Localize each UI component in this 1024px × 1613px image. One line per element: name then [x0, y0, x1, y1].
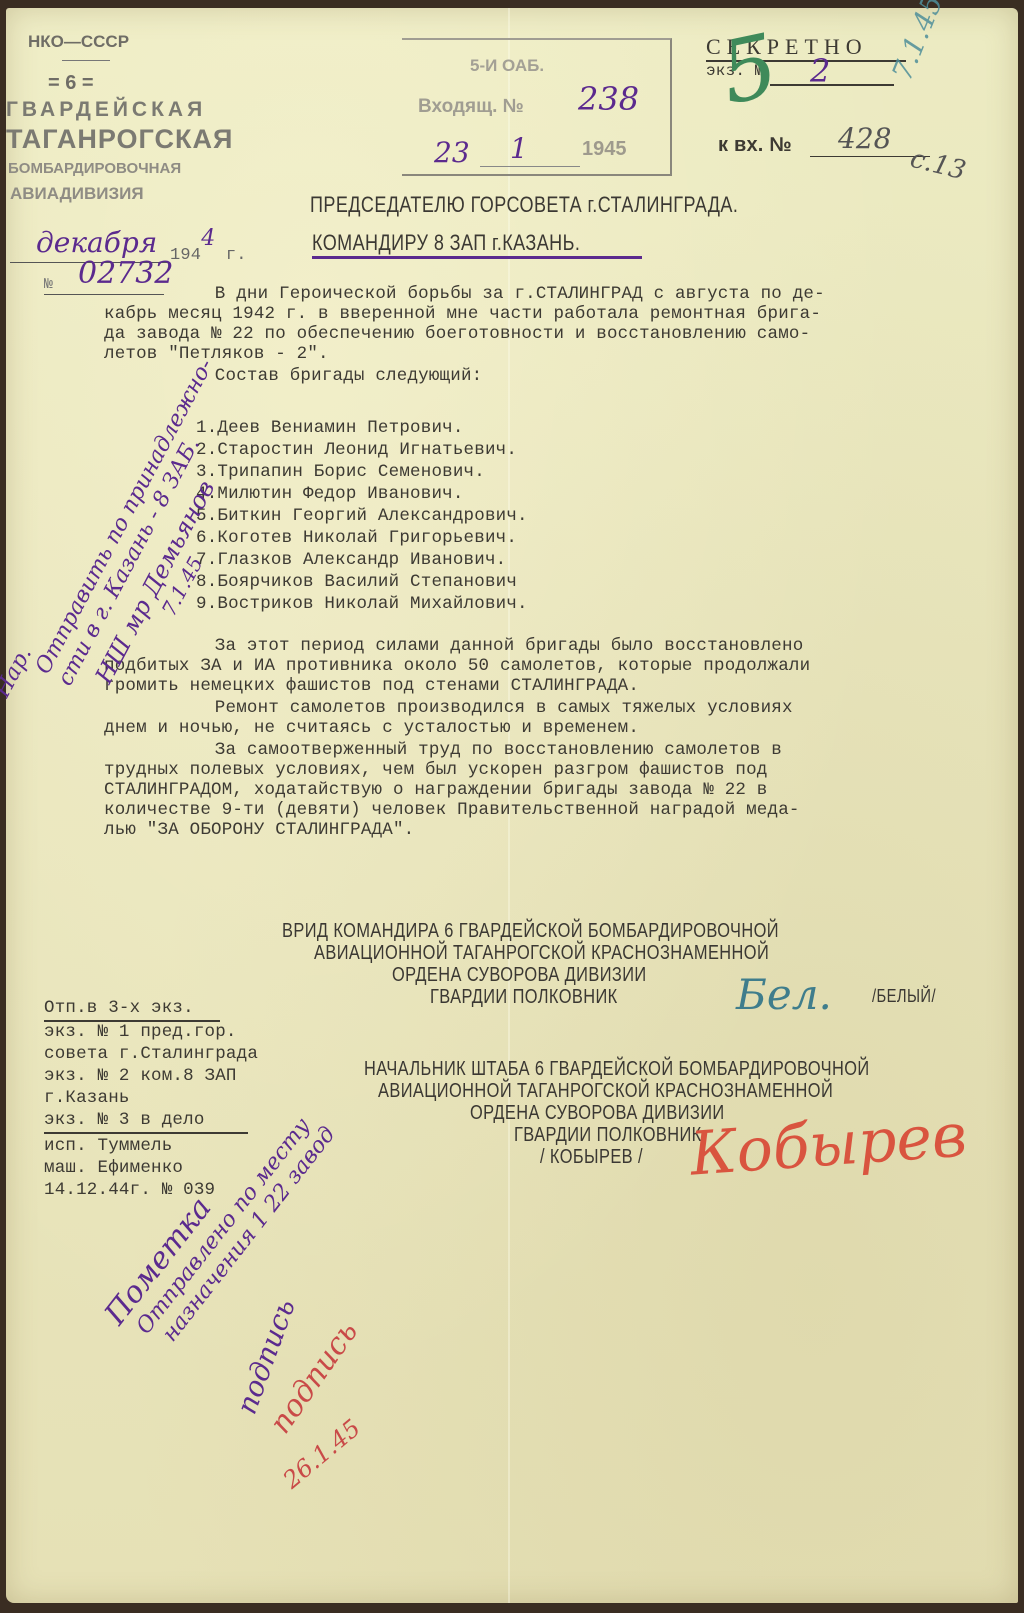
incoming-number: 238 — [578, 80, 639, 118]
body-para1-line2: кабрь месяц 1942 г. в вверенной мне част… — [104, 304, 821, 324]
sig1-handwritten: Бел. — [736, 970, 832, 1019]
stamp-year-printed: 194 — [170, 246, 201, 265]
copy-underline — [770, 84, 894, 86]
stamp-divider — [62, 60, 110, 61]
body-para2-line7: трудных полевых условиях, чем был ускоре… — [104, 760, 768, 780]
body-para2-line10: лью "ЗА ОБОРОНУ СТАЛИНГРАДА". — [104, 820, 414, 840]
stamp-unit-4: АВИАДИВИЗИЯ — [10, 184, 144, 204]
dist-line5: г.Казань — [44, 1088, 130, 1108]
sig2-line1: НАЧАЛЬНИК ШТАБА 6 ГВАРДЕЙСКОЙ БОМБАРДИРО… — [364, 1058, 870, 1081]
body-para2-line8: СТАЛИНГРАДОМ, ходатайствую о награждении… — [104, 780, 768, 800]
sig2-line4: ГВАРДИИ ПОЛКОВНИК — [514, 1124, 702, 1147]
member-5: 5.Биткин Георгий Александрович. — [196, 506, 528, 526]
body-para1-line3: да завода № 22 по обеспечению боеготовно… — [104, 324, 810, 344]
sig2-line3: ОРДЕНА СУВОРОВА ДИВИЗИИ — [470, 1102, 725, 1125]
body-para1-line1: В дни Героической борьбы за г.СТАЛИНГРАД… — [172, 284, 825, 304]
body-para2-line9: количестве 9-ти (девяти) человек Правите… — [104, 800, 800, 820]
sig1-line4: ГВАРДИИ ПОЛКОВНИК — [430, 986, 618, 1009]
dist-underline2 — [44, 1132, 248, 1134]
member-6: 6.Коготев Николай Григорьевич. — [196, 528, 517, 548]
ref-number: 428 — [838, 122, 891, 155]
dist-line6: экз. № 3 в дело — [44, 1110, 205, 1130]
sig1-name: /БЕЛЫЙ/ — [872, 986, 936, 1007]
sig1-line2: АВИАЦИОННОЙ ТАГАНРОГСКОЙ КРАСНОЗНАМЕННОЙ — [314, 942, 769, 965]
body-para2-line6: За самоотверженный труд по восстановлени… — [172, 740, 782, 760]
ref-label: к вх. № — [718, 134, 792, 157]
incoming-label: Входящ. № — [418, 96, 524, 118]
addressee-2: КОМАНДИРУ 8 ЗАП г.КАЗАНЬ. — [312, 230, 580, 256]
incoming-date-line — [480, 166, 580, 167]
body-para2-line2: подбитых ЗА и ИА противника около 50 сам… — [104, 656, 810, 676]
dist-line4: экз. № 2 ком.8 ЗАП — [44, 1066, 237, 1086]
sig1-line3: ОРДЕНА СУВОРОВА ДИВИЗИИ — [392, 964, 647, 987]
sig1-line1: ВРИД КОМАНДИРА 6 ГВАРДЕЙСКОЙ БОМБАРДИРОВ… — [282, 920, 779, 943]
stamp-number-prefix: № — [44, 276, 53, 293]
sig2-line2: АВИАЦИОННОЙ ТАГАНРОГСКОЙ КРАСНОЗНАМЕННОЙ — [378, 1080, 833, 1103]
stamp-unit-1: ГВАРДЕЙСКАЯ — [6, 98, 206, 122]
incoming-day: 23 — [434, 136, 470, 169]
body-para2-line5: днем и ночью, не считаясь с усталостью и… — [104, 718, 639, 738]
dist-line8: маш. Ефименко — [44, 1158, 183, 1178]
incoming-month: 1 — [510, 132, 528, 165]
member-8: 8.Боярчиков Василий Степанович — [196, 572, 517, 592]
member-7: 7.Глазков Александр Иванович. — [196, 550, 506, 570]
stamp-org: НКО—СССР — [28, 32, 129, 52]
incoming-year: 1945 — [582, 138, 627, 161]
dist-line2: экз. № 1 пред.гор. — [44, 1022, 237, 1042]
stamp-number-line — [44, 294, 164, 295]
incoming-dept: 5-И ОАБ. — [470, 56, 544, 76]
stamp-number: = 6 = — [48, 72, 94, 95]
stamp-date-handwritten: декабря — [36, 226, 157, 259]
stamp-year: 1944 г. — [170, 240, 247, 265]
dist-line7: исп. Туммель — [44, 1136, 172, 1156]
stamp-year-handwritten: 4 — [201, 226, 215, 251]
stamp-year-suffix: г. — [226, 246, 247, 265]
dist-line1: Отп.в 3-х экз. — [44, 998, 194, 1018]
stamp-number-handwritten: 02732 — [78, 256, 173, 291]
stamp-number-value: 6 — [65, 72, 76, 94]
addressee-2-underline — [312, 256, 642, 259]
dist-line3: совета г.Сталинграда — [44, 1044, 258, 1064]
sig2-name: / КОБЫРЕВ / — [540, 1146, 643, 1169]
body-para2-line1: За этот период силами данной бригады был… — [172, 636, 803, 656]
stamp-unit-2: ТАГАНРОГСКАЯ — [6, 124, 233, 155]
stamp-unit-3: БОМБАРДИРОВОЧНАЯ — [8, 160, 181, 177]
member-9: 9.Востриков Николай Михайлович. — [196, 594, 528, 614]
addressee-1: ПРЕДСЕДАТЕЛЮ ГОРСОВЕТА г.СТАЛИНГРАДА. — [310, 192, 738, 218]
body-para2-line3: громить немецких фашистов под стенами СТ… — [104, 676, 639, 696]
body-para2-line4: Ремонт самолетов производился в самых тя… — [172, 698, 793, 718]
